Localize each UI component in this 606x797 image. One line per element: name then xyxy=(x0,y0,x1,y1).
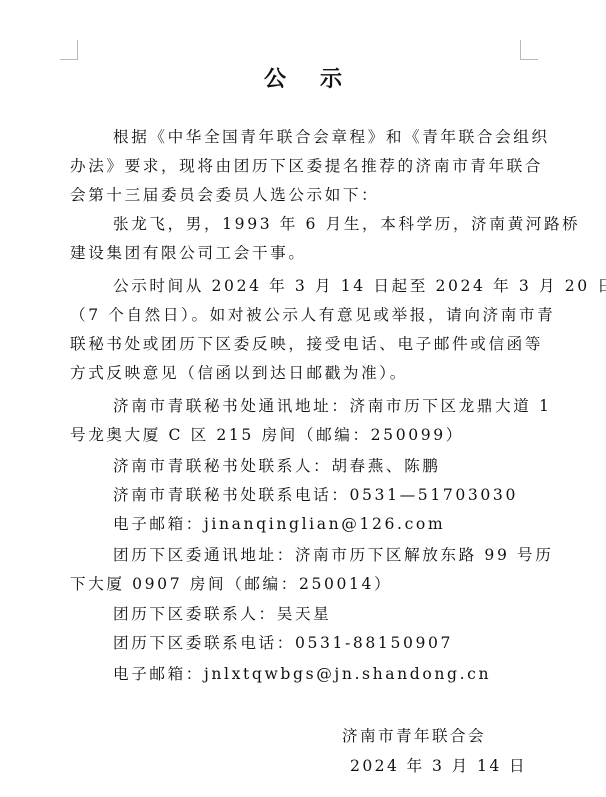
district-committee-contact: 团历下区委联系人：吴天星 xyxy=(113,604,593,624)
paragraph-intro-line-1: 根据《中华全国青年联合会章程》和《青年联合会组织 xyxy=(113,127,593,147)
page-margin-corner-top-left xyxy=(60,40,78,60)
youth-federation-address-line-1: 济南市青联秘书处通讯地址：济南市历下区龙鼎大道 1 xyxy=(113,396,593,416)
title-char-1: 公 xyxy=(264,66,320,92)
district-committee-address-line-1: 团历下区委通讯地址：济南市历下区解放东路 99 号历 xyxy=(113,545,593,565)
district-committee-address-line-2: 下大厦 0907 房间（邮编：250014） xyxy=(70,574,550,594)
district-committee-phone: 团历下区委联系电话：0531-88150907 xyxy=(113,633,593,653)
page-margin-corner-top-right xyxy=(520,40,538,60)
youth-federation-address-line-2: 号龙奥大厦 C 区 215 房间（邮编：250099） xyxy=(70,425,550,445)
district-committee-email: 电子邮箱：jnlxtqwbgs@jn.shandong.cn xyxy=(113,664,593,684)
youth-federation-phone: 济南市青联秘书处联系电话：0531—51703030 xyxy=(113,485,593,505)
period-line-2: （7 个自然日）。如对被公示人有意见或举报，请向济南市青 xyxy=(70,305,550,325)
youth-federation-contact: 济南市青联秘书处联系人：胡春燕、陈鹏 xyxy=(113,456,593,476)
candidate-line-1: 张龙飞，男，1993 年 6 月生，本科学历，济南黄河路桥 xyxy=(113,214,593,234)
document-title: 公示 xyxy=(0,62,606,93)
signature-date: 2024 年 3 月 14 日 xyxy=(350,754,527,776)
period-line-4: 方式反映意见（信函以到达日邮戳为准）。 xyxy=(70,363,550,383)
period-line-3: 联秘书处或团历下区委反映，接受电话、电子邮件或信函等 xyxy=(70,334,550,354)
signature-organization: 济南市青年联合会 xyxy=(342,724,486,746)
youth-federation-email: 电子邮箱：jinanqinglian@126.com xyxy=(113,514,593,534)
candidate-line-2: 建设集团有限公司工会干事。 xyxy=(70,243,550,263)
period-line-1: 公示时间从 2024 年 3 月 14 日起至 2024 年 3 月 20 日止 xyxy=(113,276,593,296)
paragraph-intro-line-3: 会第十三届委员会委员人选公示如下： xyxy=(70,185,550,205)
paragraph-intro-line-2: 办法》要求，现将由团历下区委提名推荐的济南市青年联合 xyxy=(70,156,550,176)
title-char-2: 示 xyxy=(320,66,376,92)
